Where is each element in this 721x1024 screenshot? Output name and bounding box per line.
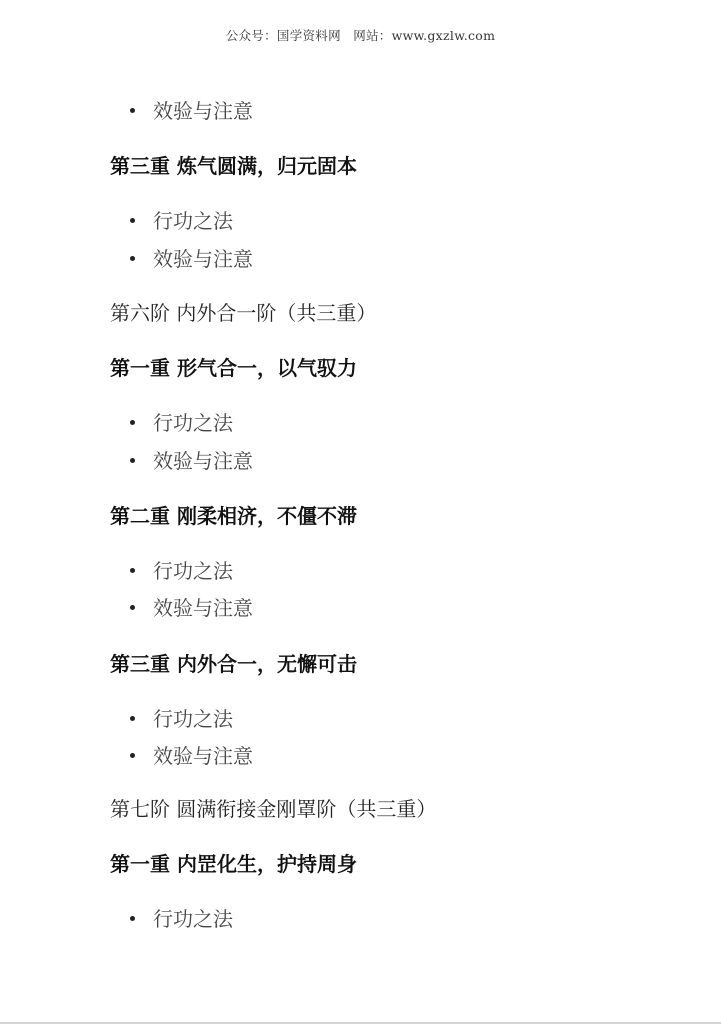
section-heading: 第三重 炼气圆满，归元固本 bbox=[110, 150, 357, 179]
wechat-account-label: 公众号：国学资料网 bbox=[226, 28, 341, 43]
bullet-icon bbox=[130, 458, 135, 463]
website-label: 网站：www.gxzlw.com bbox=[353, 28, 495, 43]
section-heading: 第一重 内罡化生，护持周身 bbox=[110, 848, 357, 877]
section-heading: 第一重 形气合一，以气驭力 bbox=[110, 352, 357, 381]
page-header: 公众号：国学资料网 网站：www.gxzlw.com bbox=[0, 26, 721, 44]
stage-heading: 第七阶 圆满衔接金刚罩阶（共三重） bbox=[110, 793, 436, 822]
bullet-icon bbox=[130, 108, 135, 113]
stage-heading: 第六阶 内外合一阶（共三重） bbox=[110, 297, 376, 326]
bullet-icon bbox=[130, 256, 135, 261]
bullet-icon bbox=[130, 716, 135, 721]
bullet-icon bbox=[130, 753, 135, 758]
bullet-icon bbox=[130, 568, 135, 573]
bullet-icon bbox=[130, 420, 135, 425]
bullet-icon bbox=[130, 916, 135, 921]
bullet-icon bbox=[130, 605, 135, 610]
section-heading: 第三重 内外合一，无懈可击 bbox=[110, 648, 357, 677]
bullet-icon bbox=[130, 218, 135, 223]
section-heading: 第二重 刚柔相济，不僵不滞 bbox=[110, 500, 357, 529]
